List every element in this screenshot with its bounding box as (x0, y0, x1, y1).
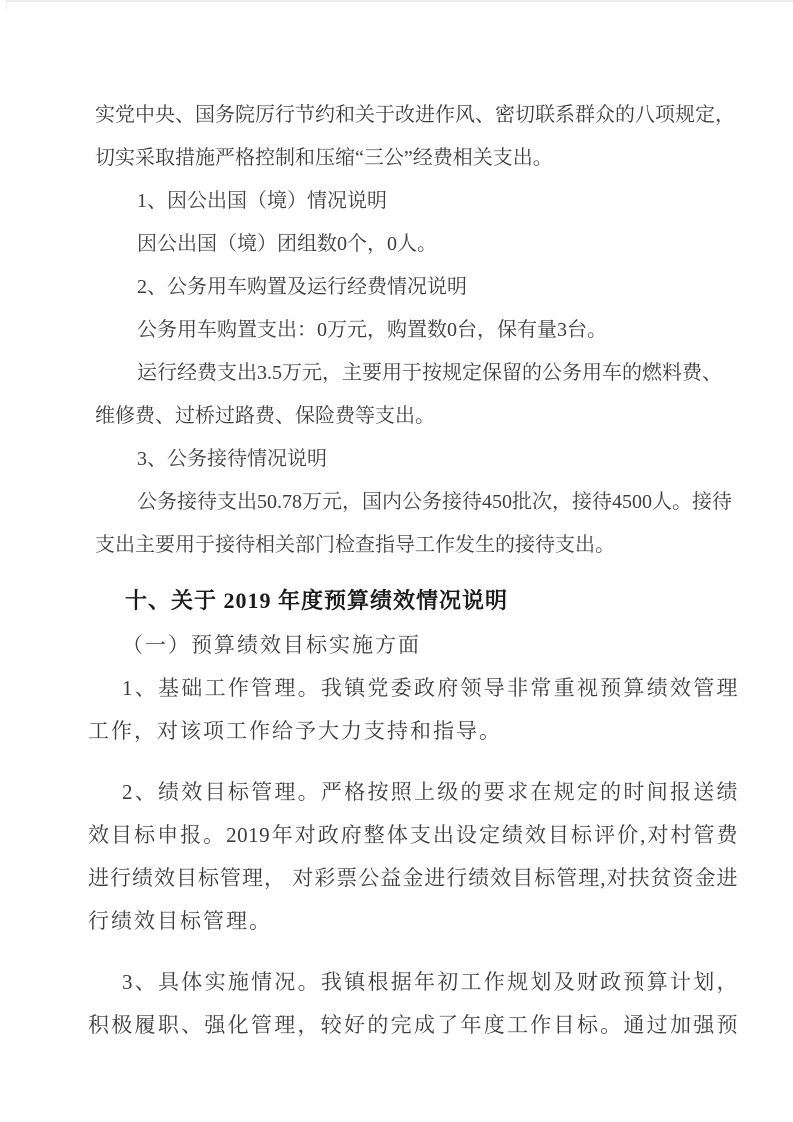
paragraph: 因公出国（境）团组数0个，0人。 (0, 223, 793, 266)
document-page: 实党中央、国务院厉行节约和关于改进作风、密切联系群众的八项规定，切实采取措施严格… (0, 0, 793, 1122)
paragraph: 1、基础工作管理。我镇党委政府领导非常重视预算绩效管理工作，对该项工作给予大力支… (0, 667, 793, 753)
paragraph: 公务用车购置支出：0万元，购置数0台，保有量3台。 (0, 309, 793, 352)
text-line: 公务用车购置支出：0万元，购置数0台，保有量3台。 (95, 309, 708, 352)
paragraph: 3、公务接待情况说明 (0, 438, 793, 481)
text-line: 3、公务接待情况说明 (95, 438, 708, 481)
paragraph: 实党中央、国务院厉行节约和关于改进作风、密切联系群众的八项规定，切实采取措施严格… (0, 94, 793, 180)
paragraph: 2、绩效目标管理。严格按照上级的要求在规定的时间报送绩效目标申报。2019年对政… (0, 771, 793, 943)
text-line: 工作，对该项工作给予大力支持和指导。 (88, 710, 738, 753)
text-line: 1、因公出国（境）情况说明 (95, 180, 708, 223)
text-line: 1、基础工作管理。我镇党委政府领导非常重视预算绩效管理 (88, 667, 738, 710)
paragraph: 3、具体实施情况。我镇根据年初工作规划及财政预算计划，积极履职、强化管理，较好的… (0, 961, 793, 1047)
text-line: 2、公务用车购置及运行经费情况说明 (95, 266, 708, 309)
text-line: 效目标申报。2019年对政府整体支出设定绩效目标评价,对村管费 (88, 814, 738, 857)
text-line: （一）预算绩效目标实施方面 (88, 624, 738, 667)
text-line: 2、绩效目标管理。严格按照上级的要求在规定的时间报送绩 (88, 771, 738, 814)
text-line: 公务接待支出50.78万元，国内公务接待450批次，接待4500人。接待 (95, 481, 708, 524)
paragraph: 公务接待支出50.78万元，国内公务接待450批次，接待4500人。接待支出主要… (0, 481, 793, 567)
text-line: 进行绩效目标管理， 对彩票公益金进行绩效目标管理,对扶贫资金进 (88, 857, 738, 900)
text-line: 实党中央、国务院厉行节约和关于改进作风、密切联系群众的八项规定， (95, 94, 708, 137)
text-line: 运行经费支出3.5万元，主要用于按规定保留的公务用车的燃料费、 (95, 352, 708, 395)
text-line: 切实采取措施严格控制和压缩“三公”经费相关支出。 (95, 137, 708, 180)
text-line: 行绩效目标管理。 (88, 900, 738, 943)
section-heading: 十、关于 2019 年度预算绩效情况说明 (88, 579, 738, 622)
text-line: 因公出国（境）团组数0个，0人。 (95, 223, 708, 266)
paragraph: （一）预算绩效目标实施方面 (0, 624, 793, 667)
text-line: 支出主要用于接待相关部门检查指导工作发生的接待支出。 (95, 524, 708, 567)
paragraph: 运行经费支出3.5万元，主要用于按规定保留的公务用车的燃料费、维修费、过桥过路费… (0, 352, 793, 438)
text-line: 3、具体实施情况。我镇根据年初工作规划及财政预算计划， (88, 961, 738, 1004)
paragraph: 2、公务用车购置及运行经费情况说明 (0, 266, 793, 309)
text-line: 积极履职、强化管理，较好的完成了年度工作目标。通过加强预 (88, 1004, 738, 1047)
text-line: 维修费、过桥过路费、保险费等支出。 (95, 395, 708, 438)
document-content: 实党中央、国务院厉行节约和关于改进作风、密切联系群众的八项规定，切实采取措施严格… (0, 0, 793, 1047)
paragraph: 1、因公出国（境）情况说明 (0, 180, 793, 223)
